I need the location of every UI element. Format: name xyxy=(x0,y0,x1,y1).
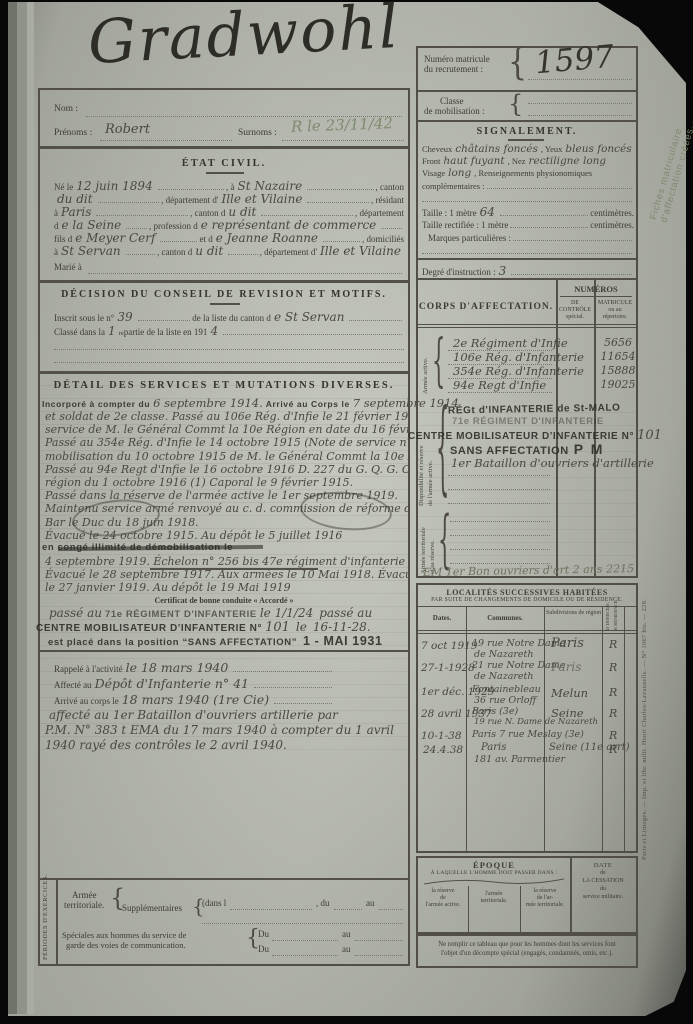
services-line: mobilisation du 10 octobre 1915 de M. le… xyxy=(45,450,407,463)
dotted-leader xyxy=(160,232,197,242)
passe-au-hw: passé au xyxy=(49,606,102,620)
armee-territoriale-label-l2: territoriale. xyxy=(64,900,104,910)
services-line: Évacué le 28 septembre 1917. Aux armées … xyxy=(45,568,407,581)
corps-vline-matricule xyxy=(594,278,596,576)
taille-line: Taille : 1 mètre64centimètres. xyxy=(422,205,634,219)
value: 4 xyxy=(210,324,218,338)
marques-line: Marques particulières : xyxy=(428,231,634,243)
label: de la liste du canton d xyxy=(192,313,271,323)
marie-dotted-line xyxy=(88,272,402,274)
label: Affecté au xyxy=(54,680,92,690)
loc-dr: R xyxy=(609,686,617,699)
value: St Nazaire xyxy=(238,179,303,193)
date-stamp-mai-1931: 1 - MAI 1931 xyxy=(303,634,382,648)
binding-edge-mid xyxy=(17,2,27,1014)
territoriale-side-label-l1: Armée territoriale xyxy=(420,512,427,574)
loc-dr: R xyxy=(609,743,617,756)
disponibilite-side-label-l1: Disponibilité et réserve xyxy=(418,402,425,506)
label: d xyxy=(54,221,59,231)
incorpore-stamp: Incorporé à compter du xyxy=(42,399,150,409)
periodes-dotted-7 xyxy=(272,954,338,956)
label: Arrivé au corps le xyxy=(54,696,119,706)
sans-affectation-line: est placé dans la position “SANS AFFECTA… xyxy=(48,634,383,648)
cmi-number-hw: 101 xyxy=(265,620,290,635)
certificat-label: Certificat de bonne conduite « Accordé » xyxy=(38,596,410,605)
epoque-date-l2: de xyxy=(571,870,635,876)
etat-line-1: Né le12 juin 1894, àSt Nazaire, canton xyxy=(54,179,404,193)
localites-header-rule-2 xyxy=(418,633,636,634)
localites-vline-4 xyxy=(624,606,625,851)
value: 1 xyxy=(108,324,116,338)
label: , département d' xyxy=(260,247,317,257)
label: , canton xyxy=(376,182,405,192)
loc-dr: R xyxy=(609,661,617,674)
prenoms-value: Robert xyxy=(105,122,150,137)
value: St Servan xyxy=(61,244,121,258)
au-label-2: au xyxy=(342,929,351,939)
corps-row-num: 5656 xyxy=(599,336,637,349)
value: Dépôt d'Infanterie n° 41 xyxy=(95,676,249,691)
rappel-hw-3: 1940 rayé des contrôles le 2 avril 1940. xyxy=(45,738,287,752)
regiment-71-stamp-right: 71e RÉGIMENT D'INFANTERIE xyxy=(452,416,604,427)
label: , profession d xyxy=(149,221,198,231)
label: fils d xyxy=(54,234,72,244)
residence-col-header: R RÉSIDENCE. xyxy=(613,588,618,630)
label: Inscrit sous le n° xyxy=(54,313,114,323)
dotted-leader xyxy=(513,231,632,241)
loc-subdiv: Paris xyxy=(551,660,581,674)
dotted-leader xyxy=(381,219,402,229)
etat-line-5: fils de Meyer Cerfet de Jeanne Roanne, d… xyxy=(54,231,404,245)
dotted-leader xyxy=(223,325,402,335)
dispo-dotted-3 xyxy=(448,502,550,504)
subdivisions-col-header: Subdivisions de région xyxy=(545,610,602,616)
label: , canton d xyxy=(190,208,225,218)
label: , domiciliés xyxy=(362,234,404,244)
signalement-empty-dotted xyxy=(422,200,632,202)
prenoms-label: Prénoms : xyxy=(54,128,92,138)
epoque-col3-l2: de l'ar- xyxy=(520,895,570,901)
periodes-dotted-4 xyxy=(202,922,403,924)
decision-section-divider xyxy=(40,371,408,374)
armee-active-brace: { xyxy=(432,334,445,391)
epoque-date-l4: du xyxy=(571,886,635,892)
terr-dotted-2 xyxy=(450,534,550,536)
loc-dr: R xyxy=(609,638,617,651)
dotted-leader xyxy=(307,193,369,203)
epoque-col3-l1: la réserve xyxy=(520,888,570,894)
label: , à xyxy=(226,182,235,192)
binding-edge-light xyxy=(27,2,34,1014)
loc-dr: R xyxy=(609,707,617,720)
classe-label-l2: de mobilisation : xyxy=(424,106,485,116)
du-label-3: Du xyxy=(258,944,269,954)
matricule-value-hw: 1597 xyxy=(534,39,616,82)
value: u dit xyxy=(195,244,223,258)
nom-label: Nom : xyxy=(54,104,78,114)
degre-divider xyxy=(418,278,636,280)
marie-label: Marié à xyxy=(54,262,82,272)
passe-71e-line: passé au71e RÉGIMENT D'INFANTERIEle 1/1/… xyxy=(46,606,375,620)
degre-label: Degré d'instruction : xyxy=(422,267,496,277)
terr-dotted-3 xyxy=(450,548,550,550)
dotted-leader xyxy=(138,311,191,321)
du-label-1: , du xyxy=(316,898,330,908)
decision-inscrit-line: Inscrit sous le n°39de la liste du canto… xyxy=(54,310,404,324)
corps-row-num: 15888 xyxy=(599,364,637,377)
loc-commune-l1: Paris xyxy=(481,742,506,753)
controle-col-l3: spécial. xyxy=(556,314,594,320)
value: le 18 mars 1940 xyxy=(126,660,229,675)
periodes-dotted-2 xyxy=(334,908,362,910)
supplementaires-label: Supplémentaires xyxy=(122,903,182,913)
armee-active-side-label: Armée active. xyxy=(422,336,429,394)
taille-value: 64 xyxy=(480,205,495,219)
rappel-line-3: Arrivé au corps le18 mars 1940 (1re Cie) xyxy=(54,692,334,707)
periodes-dotted-6 xyxy=(355,939,403,941)
scanned-register-page: Gradwohl Nom : Prénoms : Robert Surnoms … xyxy=(0,0,693,1024)
corps-row-name: 2e Régiment d'Infie xyxy=(453,336,568,350)
etat-civil-title-rule xyxy=(206,172,244,174)
dotted-leader xyxy=(349,311,402,321)
centre-mobilisateur-stamp: CENTRE MOBILISATEUR D'INFANTERIE N° xyxy=(36,623,262,634)
loc-commune-l2: de Nazareth xyxy=(474,649,533,660)
visage-value: long xyxy=(448,167,471,179)
epoque-col2-l2: territoriale. xyxy=(468,898,520,904)
rappel-hw-1: affecté au 1er Bataillon d'ouvriers arti… xyxy=(49,708,338,722)
dotted-leader xyxy=(98,193,160,203)
controle-col-l2: CONTRÔLE xyxy=(556,307,594,313)
matricule-col-l3: répertoire. xyxy=(594,314,636,320)
disponibilite-side-label-l2: de l'armée active. xyxy=(427,402,434,506)
services-title: DÉTAIL DES SERVICES ET MUTATIONS DIVERSE… xyxy=(38,380,410,391)
regiment-71-stamp: 71e RÉGIMENT D'INFANTERIE xyxy=(105,609,257,620)
armee-territoriale-label-l1: Armée xyxy=(72,890,97,900)
epoque-date-l1: DATE xyxy=(571,862,635,869)
note-text-l2: l'objet d'un décompte spécial (engagés, … xyxy=(420,950,634,957)
dates-col-header: Dates. xyxy=(418,614,466,622)
matricule-label-l2: du recrutement : xyxy=(424,64,483,74)
periodes-side-l1: PÉRIODES xyxy=(42,925,49,960)
periodes-dotted-8 xyxy=(355,954,403,956)
corps-affectation-header: CORPS D'AFFECTATION. xyxy=(416,302,556,312)
value: e la Seine xyxy=(62,218,122,232)
classe-divider xyxy=(418,120,636,122)
signalement-cheveux-line: Cheveuxchâtains foncés, Yeuxbleus foncés xyxy=(422,143,634,155)
du-label-2: Du xyxy=(258,929,269,939)
label: , résidant xyxy=(371,195,404,205)
services-incorporation-line: Incorporé à compter du6 septembre 1914.A… xyxy=(42,396,408,410)
loc-subdiv: Melun xyxy=(551,686,588,700)
loc-dr: R xyxy=(609,729,617,742)
bataillon-ouvriers-hw: 1er Bataillon d'ouvriers d'artillerie xyxy=(451,456,654,470)
label: partie de la liste en 191 xyxy=(124,327,208,337)
signalement-divider xyxy=(418,258,636,260)
label: à xyxy=(54,208,58,218)
controle-col-l1: DE xyxy=(556,300,594,306)
position-stamp: est placé dans la position “SANS AFFECTA… xyxy=(48,637,297,648)
epoque-subtitle: À LAQUELLE L'HOMME DOIT PASSER DANS : xyxy=(416,870,572,876)
label: à xyxy=(54,247,58,257)
degre-value: 3 xyxy=(499,264,507,278)
centre-mobilisateur-line: CENTRE MOBILISATEUR D'INFANTERIE N°101le… xyxy=(36,620,374,635)
corps-row-dotted xyxy=(448,391,552,393)
au-label-3: au xyxy=(342,944,351,954)
matricule-col-l2: ou au xyxy=(594,307,636,313)
localites-header-topline xyxy=(418,606,636,607)
services-line: le 27 janvier 1919. Au dépôt le 19 Mai 1… xyxy=(45,581,407,594)
speciales-label-l2: garde des voies de communication. xyxy=(66,940,186,950)
echelon-underline xyxy=(150,568,318,570)
dotted-leader xyxy=(511,265,632,275)
services-line: service de M. le Général Commt la 10e Ré… xyxy=(45,423,407,436)
signalement-title: SIGNALEMENT. xyxy=(416,126,638,137)
taille-unit: centimètres. xyxy=(590,208,634,218)
numeros-header: NUMÉROS xyxy=(556,284,636,294)
epoque-col3-l3: mée territoriale. xyxy=(520,902,570,908)
dotted-leader xyxy=(158,180,224,190)
epoque-col2-l1: l'armée xyxy=(468,891,520,897)
value: e représentant de commerce xyxy=(201,218,377,232)
note-text-l1: Ne remplir ce tableau que pour les homme… xyxy=(420,941,634,948)
label: Rappelé à l'activité xyxy=(54,664,123,674)
periodes-box-top xyxy=(40,878,408,880)
corps-header-rule-1 xyxy=(418,324,636,325)
date-hw: le 1/1/24 xyxy=(260,606,313,620)
incorpore-date-hw: 6 septembre 1914. xyxy=(153,396,263,410)
classe-dotted-2 xyxy=(528,114,632,116)
value: e Jeanne Roanne xyxy=(216,231,318,245)
dispo-dotted-2 xyxy=(448,488,550,490)
taille-rect-label: Taille rectifiée : 1 mètre xyxy=(422,220,508,230)
loc-subdiv: Seine (11e arrt) xyxy=(549,742,630,753)
periodes-dotted-5 xyxy=(272,939,338,941)
label: Né le xyxy=(54,182,73,192)
prenoms-dotted-line xyxy=(100,139,232,141)
periodes-dotted-3 xyxy=(379,908,403,910)
signalement-visage-line: Visagelong, Renseignements physionomique… xyxy=(422,167,634,179)
cmi-date-hw: 16-11-28. xyxy=(313,620,371,634)
corps-row-num: 19025 xyxy=(599,378,637,391)
dotted-leader xyxy=(228,245,257,255)
signalement-complementaires-line: complémentaires : xyxy=(422,179,634,191)
cheveux-value: châtains foncés xyxy=(455,143,538,155)
signalement-front-line: Fronthaut fuyant, Nezrectiligne long xyxy=(422,155,634,167)
cmi-le-hw: le xyxy=(296,620,307,634)
services-line: 4 septembre 1919. Échelon n° 256 bis 47e… xyxy=(45,555,407,568)
matricule-label-l1: Numéro matricule xyxy=(424,54,490,64)
epoque-title: ÉPOQUE xyxy=(416,860,572,870)
names-section-divider xyxy=(40,146,408,149)
epoque-col1-l2: de xyxy=(418,895,468,901)
visage-label: Visage xyxy=(422,168,445,178)
cheveux-label: Cheveux xyxy=(422,144,452,154)
taille-rectifiee-line: Taille rectifiée : 1 mètrecentimètres. xyxy=(422,218,634,230)
classe-dotted-1 xyxy=(528,102,632,104)
decision-title: DÉCISION DU CONSEIL DE REVISION ET MOTIF… xyxy=(38,289,410,300)
dotted-leader xyxy=(487,179,632,189)
loc-date: 10-1-38 xyxy=(421,730,462,742)
loc-commune-l2: 36 rue Orloff xyxy=(474,695,536,706)
etat-civil-title: ÉTAT CIVIL. xyxy=(38,158,410,169)
binding-edge-dark xyxy=(8,2,17,1014)
localites-vline-3 xyxy=(602,606,603,851)
passe-au-hw: passé au xyxy=(319,606,372,620)
services-line: région du 1 octobre 1916 (1) Caporal le … xyxy=(45,476,407,489)
services-line: Passé au 354e Rég. d'Infie le 14 octobre… xyxy=(45,436,407,449)
domicile-col-header: D DOMICILE. xyxy=(605,588,610,630)
marques-label: Marques particulières : xyxy=(428,233,511,243)
etat-line-2: du dit, département d'Ille et Vilaine, r… xyxy=(54,192,404,206)
label: , canton d xyxy=(157,247,192,257)
value: 12 juin 1894 xyxy=(76,179,152,193)
speciales-label-l1: Spéciales aux hommes du service de xyxy=(62,930,186,940)
loc-commune-l1: Paris 7 rue Meslay (3e) xyxy=(472,729,584,740)
loc-commune-l1: Fontainebleau xyxy=(472,684,541,695)
dotted-leader xyxy=(274,694,332,704)
decision-classe-line: Classé dans la1repartie de la liste en 1… xyxy=(54,324,404,338)
complementaires-label: complémentaires : xyxy=(422,181,485,191)
periodes-side-l2: D'EXERCICES. xyxy=(42,874,49,923)
front-label: Front xyxy=(422,156,440,166)
decision-empty-line-1 xyxy=(54,348,404,350)
loc-commune-l2: de Nazareth xyxy=(474,671,533,682)
epoque-date-l3: LA CESSATION xyxy=(571,878,635,884)
terr-dotted-1 xyxy=(450,520,550,522)
front-value: haut fuyant xyxy=(443,155,504,167)
dotted-leader xyxy=(233,662,332,672)
services-line: et soldat de 2e classe. Passé au 106e Ré… xyxy=(45,410,407,423)
corps-vline-controle xyxy=(556,278,558,576)
yeux-value: bleus foncés xyxy=(565,143,631,155)
value: Paris xyxy=(61,205,91,219)
label: , département xyxy=(355,208,404,218)
dotted-leader xyxy=(307,180,373,190)
arrive-corps-stamp: Arrivé au Corps le xyxy=(266,399,350,409)
epoque-brace-decoration xyxy=(424,878,564,885)
dotted-leader xyxy=(510,218,588,228)
loc-subdiv: Seine xyxy=(551,706,584,720)
nez-value: rectiligne long xyxy=(529,155,607,167)
label: et d xyxy=(199,234,212,244)
value: u dit xyxy=(228,205,256,219)
loc-commune-l1: Paris (3e) xyxy=(472,706,518,717)
label: , département d' xyxy=(161,195,218,205)
dotted-leader xyxy=(261,206,353,216)
loc-subdiv: Paris xyxy=(551,636,584,651)
etat-line-3: àParis, canton du dit, département xyxy=(54,205,404,219)
matricule-divider xyxy=(418,90,636,92)
epoque-date-l5: service militaire. xyxy=(571,894,635,900)
periodes-side-label: PÉRIODES D'EXERCICES. xyxy=(42,884,49,960)
dotted-leader xyxy=(323,232,360,242)
yeux-label: , Yeux xyxy=(541,144,563,154)
pm-stamp: P M xyxy=(574,441,605,457)
dispo-dotted-1 xyxy=(448,474,550,476)
corps-row-name: 106e Rég. d'Infanterie xyxy=(453,350,584,364)
corps-row-name: 354e Rég. d'Infanterie xyxy=(453,364,584,378)
rappel-line-2: Affecté auDépôt d'Infanterie n° 41 xyxy=(54,676,334,691)
communes-col-header: Communes. xyxy=(466,614,544,622)
decision-title-rule xyxy=(210,303,240,305)
matricule-col-l1: MATRICULE xyxy=(594,300,636,306)
marques-empty-dotted xyxy=(422,252,632,254)
sans-affectation-stamp-line: SANS AFFECTATIONP M xyxy=(450,441,604,457)
etat-line-6: àSt Servan, canton du dit, département d… xyxy=(54,244,404,258)
taille-rect-unit: centimètres. xyxy=(590,220,634,230)
matricule-brace: { xyxy=(508,44,527,82)
green-pencil-note: R le 23/11/42 xyxy=(291,114,393,136)
rappel-line-1: Rappelé à l'activitéle 18 mars 1940 xyxy=(54,660,334,675)
classe-label-l1: Classe xyxy=(440,96,464,106)
value: 39 xyxy=(117,310,132,324)
surnoms-label: Surnoms : xyxy=(238,128,277,138)
value: 18 mars 1940 (1re Cie) xyxy=(122,692,269,707)
value: e Meyer Cerf xyxy=(75,231,155,245)
classe-brace: { xyxy=(508,92,523,116)
au-label-1: au xyxy=(366,898,375,908)
loc-date: 27-1-1928 xyxy=(421,662,475,674)
localites-header-rule-1 xyxy=(418,630,636,631)
loc-commune-l2: 181 av. Parmentier xyxy=(474,754,565,765)
periodes-side-divider xyxy=(56,878,58,964)
corps-row-name: 94e Regt d'Infie xyxy=(453,378,546,392)
dotted-leader xyxy=(126,245,155,255)
printer-imprint-vertical: Paris et Limoges. — Imp. et libr. milit.… xyxy=(641,395,648,860)
decision-empty-line-2 xyxy=(54,361,404,363)
epoque-col1-l3: l'armée active. xyxy=(418,902,468,908)
epoque-col1-l1: la réserve xyxy=(418,888,468,894)
corps-header-rule-2 xyxy=(418,327,636,328)
taille-label: Taille : 1 mètre xyxy=(422,208,477,218)
etat-section-divider xyxy=(40,280,408,283)
dans-label: (dans l xyxy=(202,898,226,908)
services-line: Passé au 94e Regt d'Infie le 16 octobre … xyxy=(45,463,407,476)
dotted-leader xyxy=(96,206,188,216)
degre-instruction-line: Degré d'instruction :3 xyxy=(422,264,634,278)
value: e St Servan xyxy=(274,310,345,324)
corps-row-num: 11654 xyxy=(599,350,637,363)
value: Ille et Vilaine xyxy=(221,192,302,206)
dotted-leader xyxy=(254,678,332,688)
value: Ille et Vilaine xyxy=(320,244,401,258)
periodes-dotted-1 xyxy=(230,908,312,910)
dotted-leader xyxy=(500,206,588,216)
dotted-leader xyxy=(126,219,147,229)
nez-label: , Nez xyxy=(508,156,526,166)
surnoms-dotted-line xyxy=(282,139,404,141)
numeros-rule xyxy=(560,296,632,297)
services-rappel-divider xyxy=(40,650,408,652)
loc-date: 24.4.38 xyxy=(423,744,463,756)
loc-date: 7 oct 1919 xyxy=(421,640,478,652)
etat-line-4: de la Seine, profession de représentant … xyxy=(54,218,404,232)
label: Classé dans la xyxy=(54,327,105,337)
rappel-hw-2: P.M. N° 383 t EMA du 17 mars 1940 à comp… xyxy=(45,723,394,737)
value: du dit xyxy=(57,192,93,206)
signalement-title-rule xyxy=(508,139,544,141)
renseignements-label: , Renseignements physionomiques xyxy=(474,168,592,178)
